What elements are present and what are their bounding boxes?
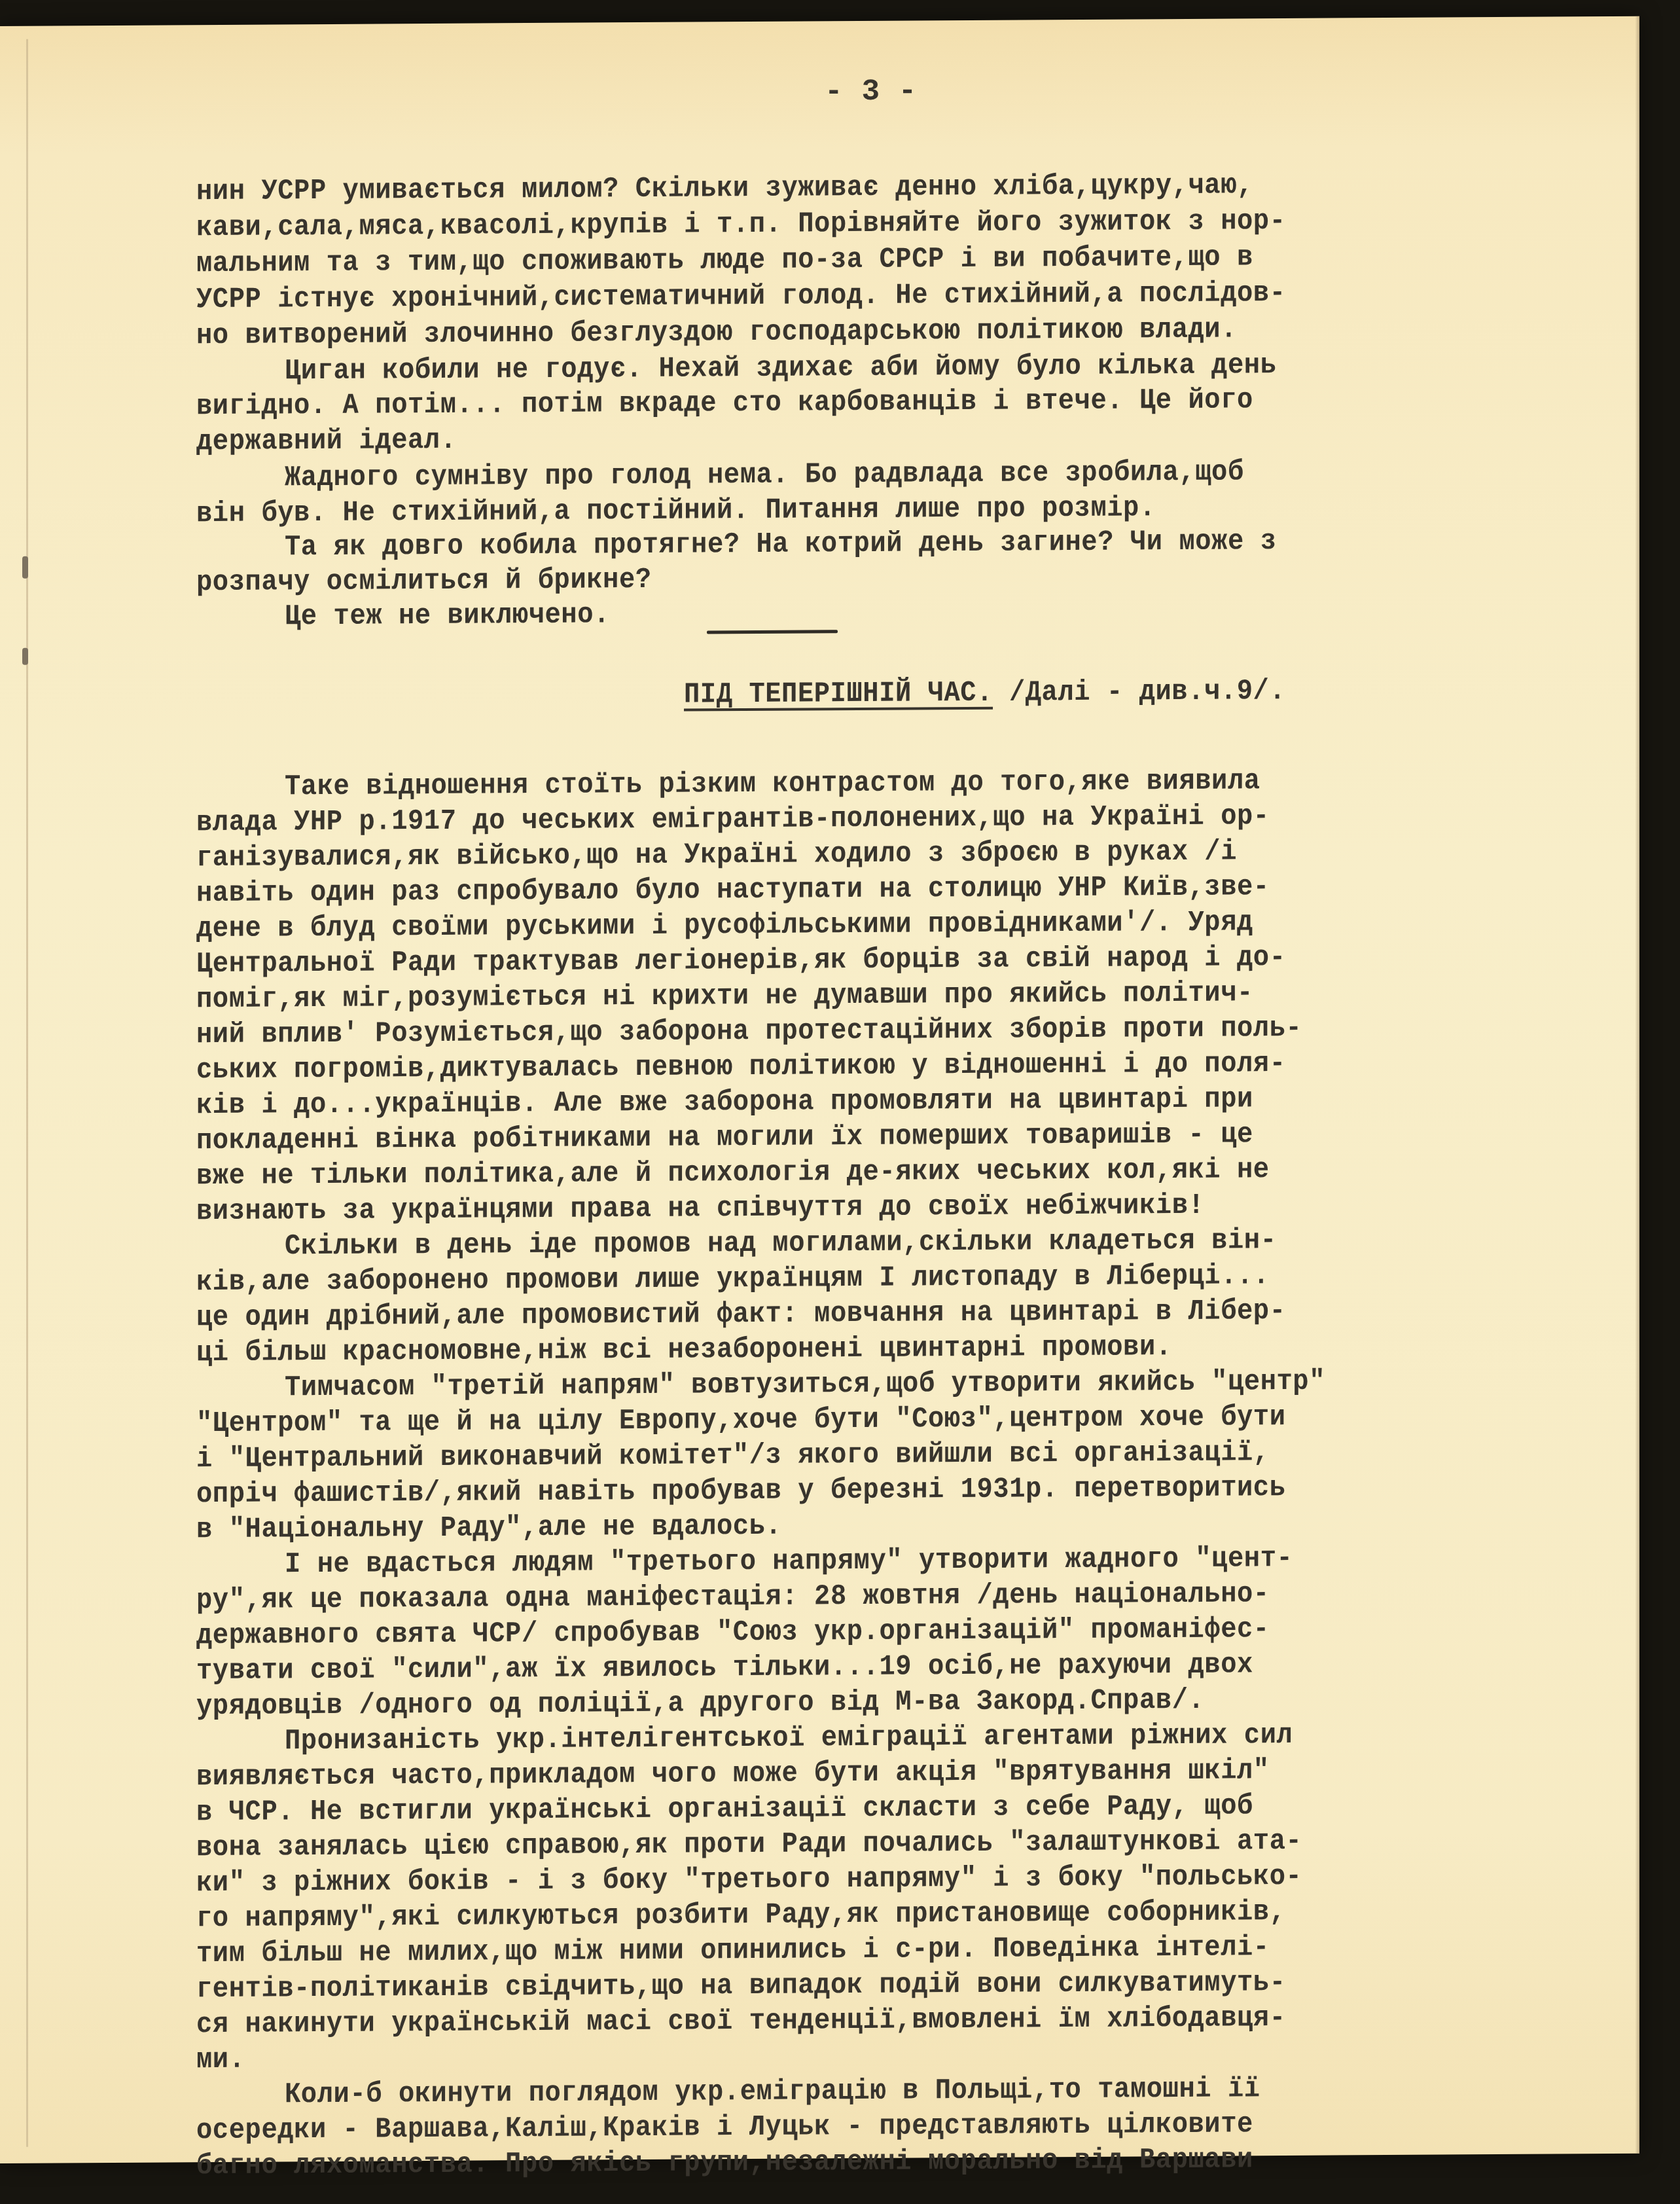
text-line: кави,сала,мяса,квасолі,крупів і т.п. Пор… bbox=[196, 204, 1286, 245]
text-line: розпачу осмілиться й брикне? bbox=[196, 562, 652, 600]
text-line: Це теж не виключено. bbox=[285, 597, 610, 634]
text-line: тувати свої "сили",аж їх явилось тільки.… bbox=[196, 1647, 1253, 1689]
section-heading-title: ПІД ТЕПЕРІШНІЙ ЧАС. bbox=[684, 677, 993, 712]
text-line: но витворений злочинно безглуздою господ… bbox=[196, 312, 1237, 353]
typewritten-page: - 3 - нин УСРР умивається милом? Скільки… bbox=[0, 16, 1639, 2163]
page-content: - 3 - нин УСРР умивається милом? Скільки… bbox=[0, 16, 1639, 2163]
text-line: Тимчасом "третій напрям" вовтузиться,щоб… bbox=[285, 1364, 1325, 1406]
text-line: ру",як це показала одна маніфестація: 28… bbox=[196, 1576, 1270, 1618]
text-line: в ЧСР. Не встигли українські організації… bbox=[196, 1788, 1253, 1830]
text-line: державний ідеал. bbox=[196, 423, 457, 460]
text-line: вигідно. А потім... потім вкраде сто кар… bbox=[196, 382, 1253, 424]
text-line: урядовців /одного од поліції,а другого в… bbox=[196, 1683, 1204, 1724]
text-line: державного свята ЧСР/ спробував "Союз ук… bbox=[196, 1612, 1270, 1653]
text-line: влада УНР р.1917 до чеських емігрантів-п… bbox=[196, 799, 1270, 840]
text-line: Та як довго кобила протягне? На котрий д… bbox=[285, 524, 1276, 565]
section-heading-note: /Далі - див.ч.9/. bbox=[993, 675, 1285, 710]
text-line: багно ляхоманства. Про якісь групи,незал… bbox=[196, 2142, 1253, 2184]
text-line: навіть один раз спробувало було наступат… bbox=[196, 869, 1270, 911]
text-line: ми. bbox=[196, 2042, 245, 2078]
text-line: ці більш красномовне,ніж всі незаборонен… bbox=[196, 1329, 1172, 1371]
section-heading: ПІД ТЕПЕРІШНІЙ ЧАС. /Далі - див.ч.9/. bbox=[684, 672, 1285, 715]
text-line: Жадного сумніву про голод нема. Бо радвл… bbox=[285, 454, 1244, 496]
text-line: Коли-б окинути поглядом укр.еміграцію в … bbox=[285, 2071, 1260, 2112]
text-line: визнають за українцями права на співчутт… bbox=[196, 1188, 1204, 1229]
text-line: І не вдасться людям "третього напряму" у… bbox=[285, 1541, 1293, 1582]
text-line: Скільки в день іде промов над могилами,с… bbox=[285, 1223, 1276, 1264]
text-line: дене в блуд своїми руськими і русофільсь… bbox=[196, 905, 1253, 947]
section-divider bbox=[707, 630, 838, 634]
page-number: - 3 - bbox=[825, 74, 917, 109]
text-line: вже не тільки політика,але й психологія … bbox=[196, 1152, 1270, 1194]
text-line: в "Національну Раду",але не вдалось. bbox=[196, 1509, 781, 1547]
text-line: мальним та з тим,що споживають люде по-з… bbox=[196, 240, 1253, 281]
text-line: тим більш не милих,що між ними опинились… bbox=[196, 1930, 1270, 1972]
text-line: нин УСРР умивається милом? Скільки зужив… bbox=[196, 168, 1253, 209]
text-line: ганізувалися,як військо,що на Україні хо… bbox=[196, 834, 1237, 876]
text-line: покладенні вінка робітниками на могили ї… bbox=[196, 1117, 1253, 1159]
text-line: і "Центральний виконавчий комітет"/з яко… bbox=[196, 1435, 1270, 1477]
text-line: Таке відношення стоїть різким контрастом… bbox=[285, 763, 1260, 804]
text-line: опріч фашистів/,який навіть пробував у б… bbox=[196, 1470, 1286, 1512]
text-line: поміг,як міг,розуміється ні крихти не ду… bbox=[196, 975, 1253, 1017]
text-line: УСРР істнує хронічний,систематичний голо… bbox=[196, 276, 1286, 317]
text-line: осередки - Варшава,Каліш,Краків і Луцьк … bbox=[196, 2106, 1253, 2148]
text-line: Пронизаність укр.інтелігентської еміграц… bbox=[285, 1718, 1293, 1759]
text-line: ків і до...українців. Але вже заборона п… bbox=[196, 1081, 1253, 1123]
text-line: виявляється часто,прикладом чого може бу… bbox=[196, 1753, 1270, 1795]
text-line: ся накинути українській масі свої тенден… bbox=[196, 2000, 1286, 2042]
text-line: ків,але заборонено промови лише українця… bbox=[196, 1258, 1270, 1300]
